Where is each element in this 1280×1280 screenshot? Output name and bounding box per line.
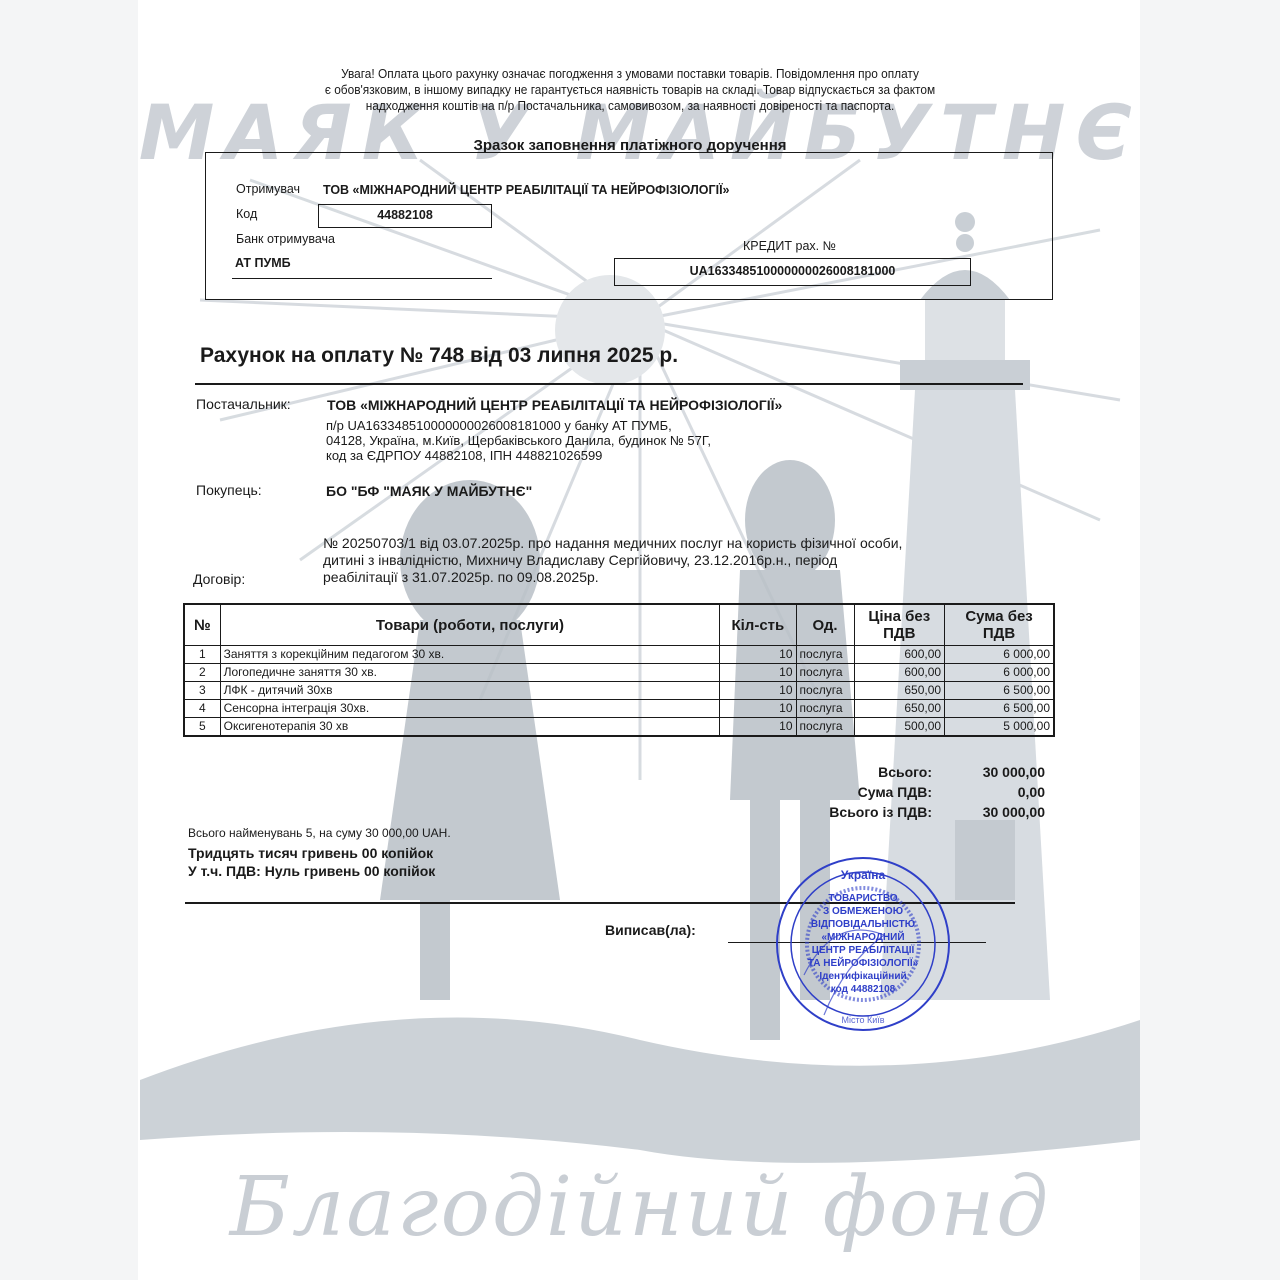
credit-account-value: UA163348510000000026008181000 — [614, 258, 971, 286]
row-price: 600,00 — [854, 646, 945, 664]
amount-summary: Всього найменувань 5, на суму 30 000,00 … — [188, 826, 451, 880]
table-header-row: № Товари (роботи, послуги) Кіл-сть Од. Ц… — [184, 604, 1054, 646]
svg-text:ТА НЕЙРОФІЗІОЛОГІЇ»: ТА НЕЙРОФІЗІОЛОГІЇ» — [808, 956, 919, 969]
svg-text:Україна: Україна — [841, 868, 886, 882]
total-vat-value: 30 000,00 — [935, 802, 1045, 822]
row-unit: послуга — [796, 682, 854, 700]
row-price: 600,00 — [854, 664, 945, 682]
notice-line: надходження коштів на п/р Постачальника,… — [250, 98, 1010, 114]
table-row: 5Оксигенотерапія 30 хв10послуга500,005 0… — [184, 718, 1054, 737]
table-row: 3ЛФК - дитячий 30хв10послуга650,006 500,… — [184, 682, 1054, 700]
col-price: Ціна безПДВ — [854, 604, 945, 646]
contract-label: Договір: — [193, 571, 245, 587]
payment-notice: Увага! Оплата цього рахунку означає пого… — [250, 66, 1010, 114]
table-row: 4Сенсорна інтеграція 30хв.10послуга650,0… — [184, 700, 1054, 718]
row-sum: 5 000,00 — [945, 718, 1054, 737]
vat-label: Сума ПДВ: — [780, 782, 932, 802]
row-num: 1 — [184, 646, 220, 664]
signed-by-label: Виписав(ла): — [605, 922, 696, 938]
row-price: 650,00 — [854, 700, 945, 718]
contract-line: № 20250703/1 від 03.07.2025р. про наданн… — [323, 535, 902, 552]
row-num: 5 — [184, 718, 220, 737]
bank-label: Банк отримувача — [236, 232, 335, 246]
credit-label: КРЕДИТ рах. № — [743, 239, 836, 253]
row-qty: 10 — [720, 664, 796, 682]
svg-text:З ОБМЕЖЕНОЮ: З ОБМЕЖЕНОЮ — [823, 906, 903, 917]
col-num: № — [184, 604, 220, 646]
supplier-detail-line: п/р UA163348510000000026008181000 у банк… — [326, 418, 711, 433]
row-unit: послуга — [796, 718, 854, 737]
col-name: Товари (роботи, послуги) — [220, 604, 720, 646]
supplier-detail-line: код за ЄДРПОУ 44882108, ІПН 448821026599 — [326, 448, 711, 463]
total-value: 30 000,00 — [935, 762, 1045, 782]
bank-underline — [232, 278, 492, 279]
bank-value: АТ ПУМБ — [235, 256, 291, 270]
row-sum: 6 500,00 — [945, 700, 1054, 718]
code-value: 44882108 — [318, 204, 492, 228]
notice-line: є обов'язковим, в іншому випадку не гара… — [250, 82, 1010, 98]
svg-text:код 44882108: код 44882108 — [831, 984, 896, 995]
row-num: 2 — [184, 664, 220, 682]
svg-text:Ідентифікаційний: Ідентифікаційний — [819, 970, 906, 982]
buyer-label: Покупець: — [196, 482, 262, 498]
recipient-value: ТОВ «МІЖНАРОДНИЙ ЦЕНТР РЕАБІЛІТАЦІЇ ТА Н… — [323, 183, 730, 197]
row-unit: послуга — [796, 664, 854, 682]
row-sum: 6 000,00 — [945, 664, 1054, 682]
table-row: 1Заняття з корекційним педагогом 30 хв.1… — [184, 646, 1054, 664]
amount-in-words: Тридцять тисяч гривень 00 копійок — [188, 844, 451, 862]
row-qty: 10 — [720, 700, 796, 718]
svg-text:Місто Київ: Місто Київ — [841, 1015, 884, 1025]
row-price: 650,00 — [854, 682, 945, 700]
col-sum: Сума безПДВ — [945, 604, 1054, 646]
supplier-label: Постачальник: — [196, 396, 291, 412]
supplier-details: п/р UA163348510000000026008181000 у банк… — [326, 418, 711, 463]
row-name: ЛФК - дитячий 30хв — [220, 682, 720, 700]
svg-text:«МІЖНАРОДНИЙ: «МІЖНАРОДНИЙ — [821, 930, 904, 943]
total-vat-label: Всього із ПДВ: — [780, 802, 932, 822]
watermark-footer: Благодійний фонд — [200, 1160, 1080, 1255]
supplier-detail-line: 04128, Україна, м.Київ, Щербаківського Д… — [326, 433, 711, 448]
items-table: № Товари (роботи, послуги) Кіл-сть Од. Ц… — [183, 603, 1055, 737]
buyer-name: БО "БФ "МАЯК У МАЙБУТНЄ" — [326, 483, 532, 499]
items-count-line: Всього найменувань 5, на суму 30 000,00 … — [188, 826, 451, 840]
contract-line: дитині з інвалідністю, Михничу Владислав… — [323, 552, 902, 569]
invoice-title: Рахунок на оплату № 748 від 03 липня 202… — [200, 344, 678, 368]
row-qty: 10 — [720, 718, 796, 737]
code-label: Код — [236, 207, 257, 221]
total-label: Всього: — [780, 762, 932, 782]
row-name: Сенсорна інтеграція 30хв. — [220, 700, 720, 718]
row-name: Заняття з корекційним педагогом 30 хв. — [220, 646, 720, 664]
row-sum: 6 500,00 — [945, 682, 1054, 700]
svg-text:ВІДПОВІДАЛЬНІСТЮ: ВІДПОВІДАЛЬНІСТЮ — [811, 919, 915, 930]
col-qty: Кіл-сть — [720, 604, 796, 646]
table-row: 2Логопедичне заняття 30 хв.10послуга600,… — [184, 664, 1054, 682]
col-unit: Од. — [796, 604, 854, 646]
company-stamp: Україна ТОВАРИСТВОЗ ОБМЕЖЕНОЮВІДПОВІДАЛЬ… — [774, 855, 952, 1033]
contract-details: № 20250703/1 від 03.07.2025р. про наданн… — [323, 535, 902, 586]
row-num: 4 — [184, 700, 220, 718]
row-qty: 10 — [720, 682, 796, 700]
row-name: Оксигенотерапія 30 хв — [220, 718, 720, 737]
supplier-name: ТОВ «МІЖНАРОДНИЙ ЦЕНТР РЕАБІЛІТАЦІЇ ТА Н… — [327, 397, 782, 413]
totals-block: Всього:30 000,00 Сума ПДВ:0,00 Всього із… — [780, 762, 1045, 822]
row-num: 3 — [184, 682, 220, 700]
row-unit: послуга — [796, 700, 854, 718]
vat-value: 0,00 — [935, 782, 1045, 802]
row-name: Логопедичне заняття 30 хв. — [220, 664, 720, 682]
row-price: 500,00 — [854, 718, 945, 737]
recipient-label: Отримувач — [236, 182, 300, 196]
row-qty: 10 — [720, 646, 796, 664]
row-sum: 6 000,00 — [945, 646, 1054, 664]
vat-in-words: У т.ч. ПДВ: Нуль гривень 00 копійок — [188, 862, 451, 880]
title-divider — [195, 383, 1023, 385]
contract-line: реабілітації з 31.07.2025р. по 09.08.202… — [323, 569, 902, 586]
row-unit: послуга — [796, 646, 854, 664]
notice-line: Увага! Оплата цього рахунку означає пого… — [250, 66, 1010, 82]
svg-text:ТОВАРИСТВО: ТОВАРИСТВО — [828, 893, 897, 904]
